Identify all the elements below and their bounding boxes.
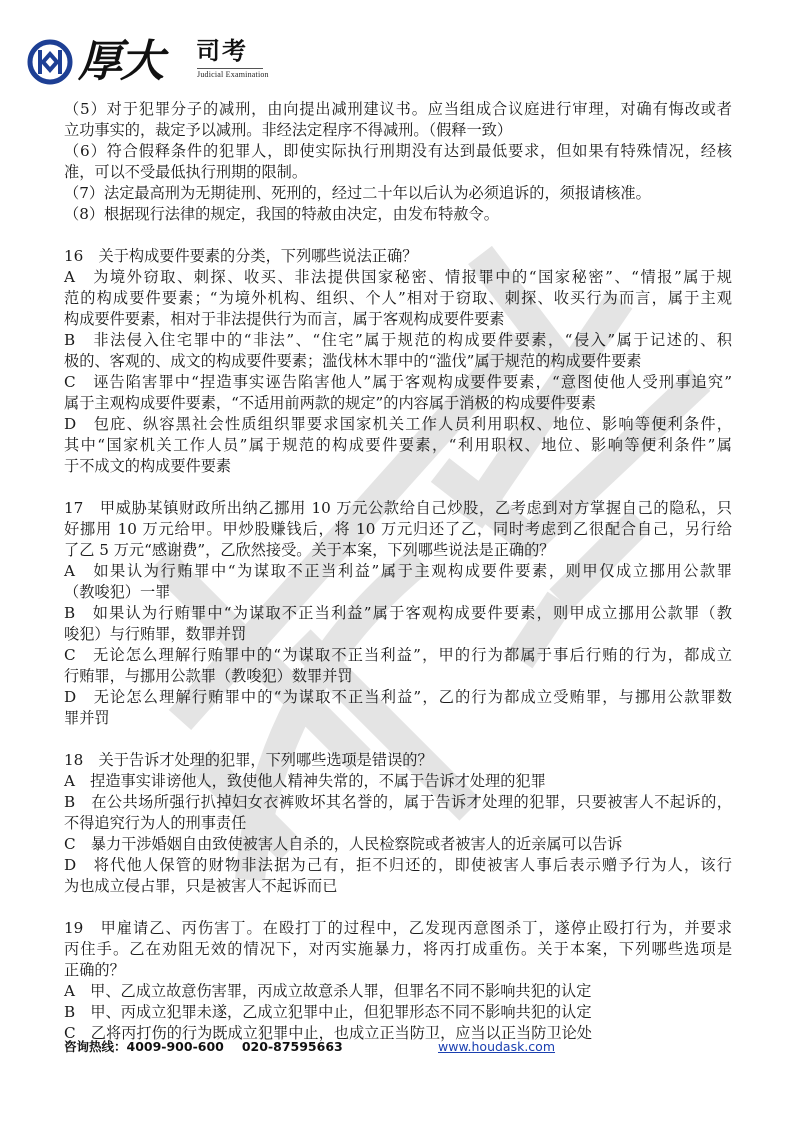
text-line: （7）法定最高刑为无期徒刑、死刑的，经过二十年以后认为必须追诉的，须报请核准。 bbox=[64, 183, 732, 204]
option-c: C 无论怎么理解行贿罪中的“为谋取不正当利益”，甲的行为都属于事后行贿的行为，都… bbox=[64, 645, 732, 666]
question-stem-cont: 正确的？ bbox=[64, 960, 732, 981]
option-a: A 甲、乙成立故意伤害罪，丙成立故意杀人罪，但罪名不同不影响共犯的认定 bbox=[64, 981, 732, 1002]
brand-divider bbox=[197, 68, 263, 69]
question-stem: 16 关于构成要件要素的分类，下列哪些说法正确？ bbox=[64, 246, 732, 267]
option-a-cont: 构成要件要素，相对于非法提供行为而言，属于客观构成要件要素 bbox=[64, 309, 732, 330]
question-stem-cont: 丙住手。乙在劝阻无效的情况下，对丙实施暴力，将丙打成重伤。关于本案，下列哪些选项… bbox=[64, 939, 732, 960]
option-a: A 捏造事实诽谤他人，致使他人精神失常的，不属于告诉才处理的犯罪 bbox=[64, 771, 732, 792]
option-a: A 为境外窃取、刺探、收买、非法提供国家秘密、情报罪中的“国家秘密”、“情报”属… bbox=[64, 267, 732, 288]
option-d-cont: 其中“国家机关工作人员”属于规范的构成要件要素，“利用职权、地位、影响等便利条件… bbox=[64, 435, 732, 456]
continuation-section: （5）对于犯罪分子的减刑，由向提出减刑建议书。应当组成合议庭进行审理，对确有悔改… bbox=[64, 99, 732, 225]
spacer bbox=[64, 225, 732, 246]
brand-english-subtitle: Judicial Examination bbox=[197, 70, 269, 80]
question-stem-cont: 了乙 5 万元“感谢费”，乙欣然接受。关于本案，下列哪些说法是正确的？ bbox=[64, 540, 732, 561]
option-b: B 甲、丙成立犯罪未遂，乙成立犯罪中止，但犯罪形态不同不影响共犯的认定 bbox=[64, 1002, 732, 1023]
question-stem: 17 甲威胁某镇财政所出纳乙挪用 10 万元公款给自己炒股，乙考虑到对方掌握自己… bbox=[64, 498, 732, 519]
question-stem-cont: 好挪用 10 万元给甲。甲炒股赚钱后，将 10 万元归还了乙，同时考虑到乙很配合… bbox=[64, 519, 732, 540]
question-18: 18 关于告诉才处理的犯罪，下列哪些选项是错误的？ A 捏造事实诽谤他人，致使他… bbox=[64, 750, 732, 897]
brand-header: 厚大 司考 Judicial Examination bbox=[26, 30, 286, 100]
option-a-cont: （教唆犯）一罪 bbox=[64, 582, 732, 603]
spacer bbox=[64, 897, 732, 918]
option-d: D 无论怎么理解行贿罪中的“为谋取不正当利益”，乙的行为都成立受贿罪，与挪用公款… bbox=[64, 687, 732, 708]
text-line: （5）对于犯罪分子的减刑，由向提出减刑建议书。应当组成合议庭进行审理，对确有悔改… bbox=[64, 99, 732, 120]
question-stem: 18 关于告诉才处理的犯罪，下列哪些选项是错误的？ bbox=[64, 750, 732, 771]
option-b-cont: 唆犯）与行贿罪，数罪并罚 bbox=[64, 624, 732, 645]
option-d-cont: 罪并罚 bbox=[64, 708, 732, 729]
document-body: （5）对于犯罪分子的减刑，由向提出减刑建议书。应当组成合议庭进行审理，对确有悔改… bbox=[64, 99, 732, 1044]
text-line: （6）符合假释条件的犯罪人，即使实际执行刑期没有达到最低要求，但如果有特殊情况，… bbox=[64, 141, 732, 162]
option-b: B 在公共场所强行扒掉妇女衣裤败坏其名誉的，属于告诉才处理的犯罪，只要被害人不起… bbox=[64, 792, 732, 813]
question-16: 16 关于构成要件要素的分类，下列哪些说法正确？ A 为境外窃取、刺探、收买、非… bbox=[64, 246, 732, 477]
option-c: C 诬告陷害罪中“捏造事实诬告陷害他人”属于客观构成要件要素，“意图使他人受刑事… bbox=[64, 372, 732, 393]
question-stem: 19 甲雇请乙、丙伤害丁。在殴打丁的过程中，乙发现丙意图杀丁，遂停止殴打行为，并… bbox=[64, 918, 732, 939]
option-d-cont: 于不成文的构成要件要素 bbox=[64, 456, 732, 477]
brand-subtitle-sikao: 司考 bbox=[196, 37, 248, 65]
spacer bbox=[64, 477, 732, 498]
phone-number: 020-87595663 bbox=[242, 1039, 343, 1054]
option-b-cont: 极的、客观的、成文的构成要件要素；滥伐林木罪中的“滥伐”属于规范的构成要件要素 bbox=[64, 351, 732, 372]
spacer bbox=[64, 729, 732, 750]
page-footer: 咨询热线：4009-900-600020-87595663 www.houdas… bbox=[64, 1037, 732, 1057]
website-link[interactable]: www.houdask.com bbox=[438, 1037, 555, 1057]
option-b: B 非法侵入住宅罪中的“非法”、“住宅”属于规范的构成要件要素，“侵入”属于记述… bbox=[64, 330, 732, 351]
text-line: 立功事实的，裁定予以减刑。非经法定程序不得减刑。（假释一致） bbox=[64, 120, 732, 141]
hotline-number: 咨询热线：4009-900-600 bbox=[64, 1039, 224, 1054]
option-b: B 如果认为行贿罪中“为谋取不正当利益”属于客观构成要件要素，则甲成立挪用公款罪… bbox=[64, 603, 732, 624]
brand-name-houda: 厚大 bbox=[78, 32, 162, 92]
hd-circle-logo-icon bbox=[26, 38, 74, 86]
option-c-cont: 属于主观构成要件要素，“不适用前两款的规定”的内容属于消极的构成要件要素 bbox=[64, 393, 732, 414]
question-17: 17 甲威胁某镇财政所出纳乙挪用 10 万元公款给自己炒股，乙考虑到对方掌握自己… bbox=[64, 498, 732, 729]
text-line: 准，可以不受最低执行刑期的限制。 bbox=[64, 162, 732, 183]
question-19: 19 甲雇请乙、丙伤害丁。在殴打丁的过程中，乙发现丙意图杀丁，遂停止殴打行为，并… bbox=[64, 918, 732, 1044]
text-line: （8）根据现行法律的规定，我国的特赦由决定，由发布特赦令。 bbox=[64, 204, 732, 225]
option-a: A 如果认为行贿罪中“为谋取不正当利益”属于主观构成要件要素，则甲仅成立挪用公款… bbox=[64, 561, 732, 582]
option-a-cont: 范的构成要件要素；“为境外机构、组织、个人”相对于窃取、刺探、收买行为而言，属于… bbox=[64, 288, 732, 309]
hotline-info: 咨询热线：4009-900-600020-87595663 bbox=[64, 1037, 361, 1057]
option-c-cont: 行贿罪，与挪用公款罪（教唆犯）数罪并罚 bbox=[64, 666, 732, 687]
option-b-cont: 不得追究行为人的刑事责任 bbox=[64, 813, 732, 834]
option-d: D 包庇、纵容黑社会性质组织罪要求国家机关工作人员利用职权、地位、影响等便利条件… bbox=[64, 414, 732, 435]
option-c: C 暴力干涉婚姻自由致使被害人自杀的，人民检察院或者被害人的近亲属可以告诉 bbox=[64, 834, 732, 855]
option-d: D 将代他人保管的财物非法据为己有，拒不归还的，即使被害人事后表示赠予行为人，该… bbox=[64, 855, 732, 876]
option-d-cont: 为也成立侵占罪，只是被害人不起诉而已 bbox=[64, 876, 732, 897]
document-page: 厚大 司考 Judicial Examination （5）对于犯罪分子的减刑，… bbox=[0, 0, 793, 1122]
